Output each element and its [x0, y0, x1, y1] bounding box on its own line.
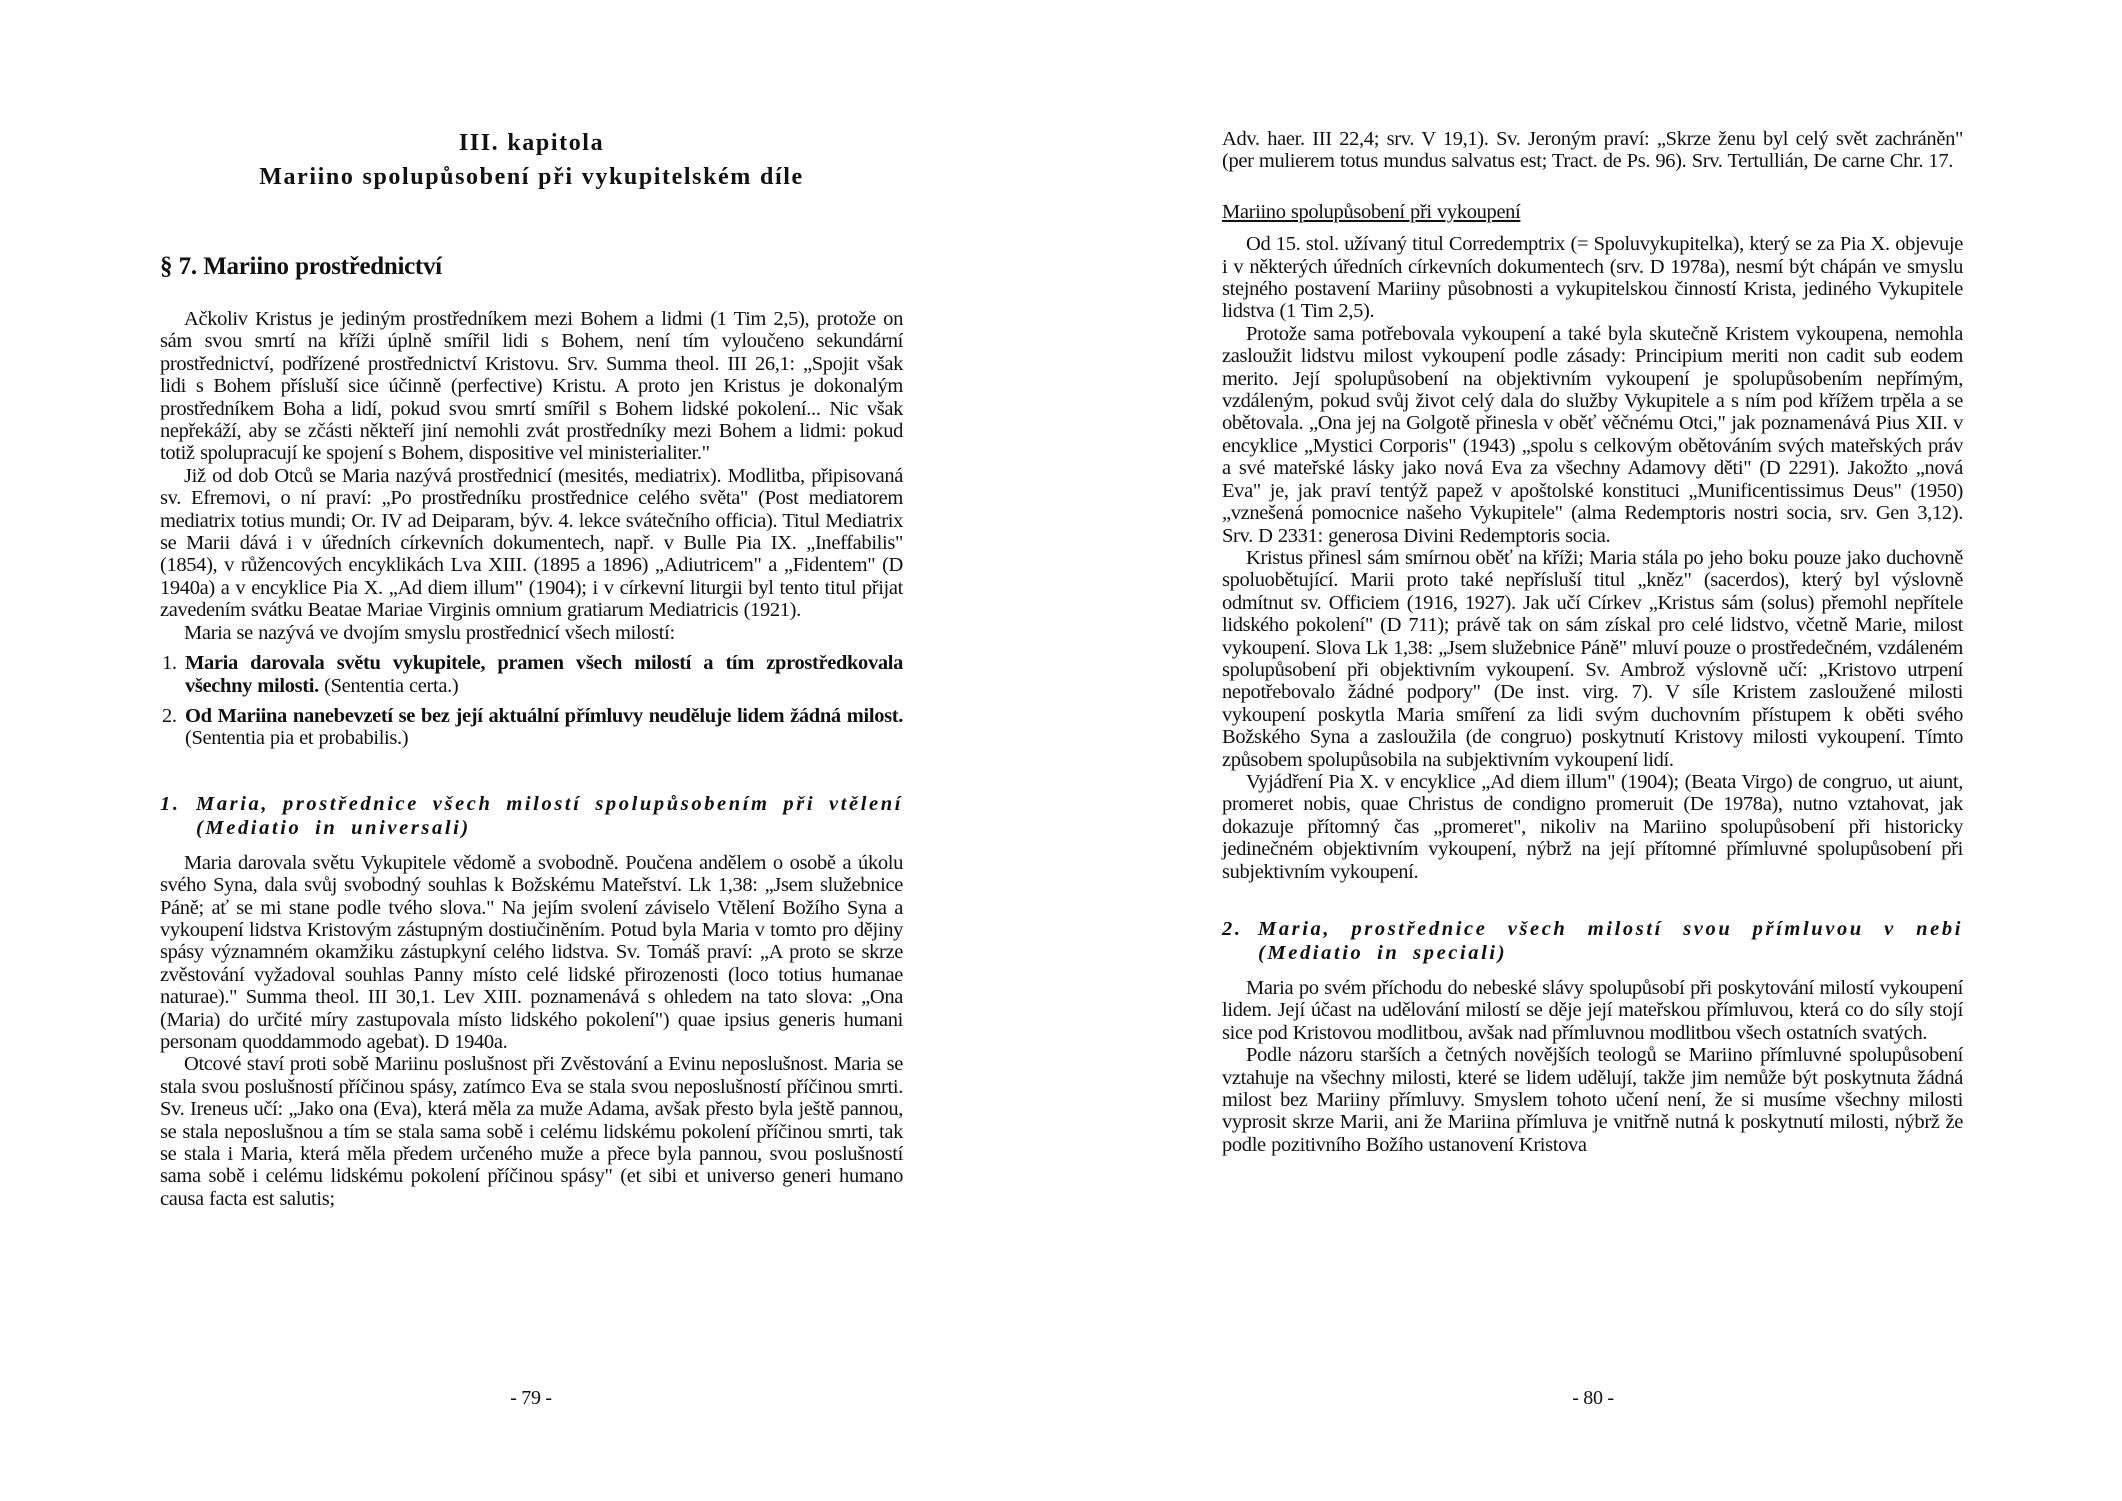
- subsection-number: 2.: [1222, 917, 1243, 941]
- subsection-number: 1.: [160, 792, 181, 816]
- paragraph: Kristus přinesl sám smírnou oběť na kříž…: [1222, 547, 1963, 771]
- thesis-note: (Sententia certa.): [319, 675, 458, 697]
- paragraph: Maria darovala světu Vykupitele vědomě a…: [160, 852, 903, 1054]
- paragraph: Ačkoliv Kristus je jediným prostředníkem…: [160, 308, 903, 465]
- thesis-note: (Sententia pia et probabilis.): [185, 727, 408, 749]
- thesis-number: 2.: [162, 705, 177, 727]
- subsection-heading: 1.Maria, prostřednice všech milostí spol…: [160, 792, 903, 840]
- theses-list: 1.Maria darovala světu vykupitele, prame…: [160, 652, 903, 750]
- page-number: - 80 -: [1493, 1387, 1693, 1410]
- thesis-statement: Maria darovala světu vykupitele, pramen …: [185, 652, 903, 696]
- right-page-text-column: Adv. haer. III 22,4; srv. V 19,1). Sv. J…: [1222, 128, 1963, 1156]
- paragraph: Otcové staví proti sobě Mariinu poslušno…: [160, 1053, 903, 1210]
- page-number: - 79 -: [431, 1387, 631, 1410]
- subsection-heading: 2.Maria, prostřednice všech milostí svou…: [1222, 917, 1963, 965]
- thesis-item: 1.Maria darovala světu vykupitele, prame…: [160, 652, 903, 697]
- subsection-title: Maria, prostřednice všech milostí spolup…: [196, 793, 903, 839]
- paragraph-continuation: Adv. haer. III 22,4; srv. V 19,1). Sv. J…: [1222, 128, 1963, 173]
- thesis-item: 2.Od Mariina nanebevzetí se bez její akt…: [160, 705, 903, 750]
- paragraph: Podle názoru starších a četných novějšíc…: [1222, 1044, 1963, 1156]
- chapter-number: III. kapitola: [160, 126, 903, 160]
- underlined-heading: Mariino spolupůsobení při vykoupení: [1222, 201, 1963, 223]
- paragraph: Již od dob Otců se Maria nazývá prostřed…: [160, 465, 903, 622]
- paragraph: Maria po svém příchodu do nebeské slávy …: [1222, 977, 1963, 1044]
- left-page-text-column: III. kapitola Mariino spolupůsobení při …: [160, 128, 903, 1210]
- paragraph: Protože sama potřebovala vykoupení a tak…: [1222, 323, 1963, 547]
- chapter-title: Mariino spolupůsobení při vykupitelském …: [160, 160, 903, 194]
- subsection-title: Maria, prostřednice všech milostí svou p…: [1258, 918, 1963, 964]
- paragraph: Od 15. stol. užívaný titul Corredemptrix…: [1222, 233, 1963, 323]
- thesis-statement: Od Mariina nanebevzetí se bez její aktuá…: [185, 705, 903, 727]
- paragraph: Vyjádření Pia X. v encyklice „Ad diem il…: [1222, 771, 1963, 883]
- section-heading: § 7. Mariino prostřednictví: [160, 252, 903, 282]
- thesis-number: 1.: [162, 652, 177, 674]
- paragraph: Maria se nazývá ve dvojím smyslu prostře…: [160, 622, 903, 644]
